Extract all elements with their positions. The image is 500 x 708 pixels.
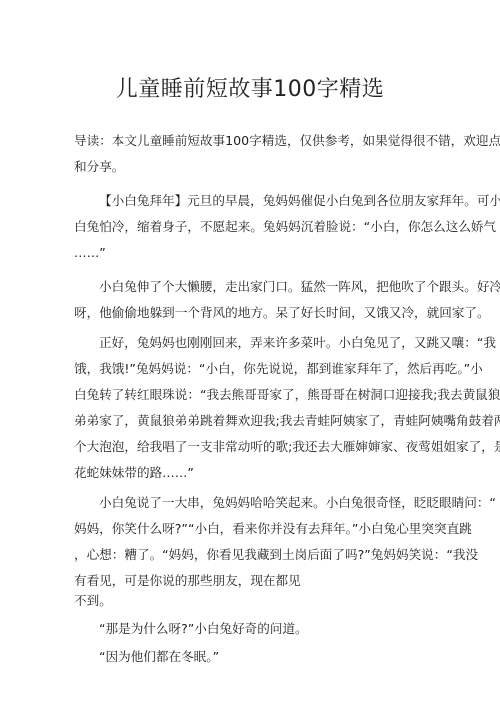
text-line: “因为他们都在冬眠。” [74,644,426,670]
text-line: 呀，他偷偷地躲到一个背风的地方。呆了好长时间，又饿又冷，就回家了。 [74,300,426,326]
story-paragraph-3: 正好，兔妈妈也刚刚回来，弄来许多菜叶。小白兔见了，又跳又嚷：“我 饿，我饿!”兔… [74,330,426,486]
text-line: 小白兔说了一大串，兔妈妈哈哈笑起来。小白兔很奇怪，眨眨眼睛问：“ [74,490,426,516]
text-line: ……” [74,240,426,266]
intro-paragraph: 导读：本文儿童睡前短故事100字精选，仅供参考，如果觉得很不错，欢迎点评 和分享… [74,128,426,180]
document-body: 导读：本文儿童睡前短故事100字精选，仅供参考，如果觉得很不错，欢迎点评 和分享… [74,128,426,670]
text-line: 【小白兔拜年】元旦的早晨，兔妈妈催促小白兔到各位朋友家拜年。可小 [74,188,426,214]
story-paragraph-2: 小白兔伸了个大懒腰，走出家门口。猛然一阵风，把他吹了个跟头。好冷 呀，他偷偷地躲… [74,274,426,326]
text-line: 正好，兔妈妈也刚刚回来，弄来许多菜叶。小白兔见了，又跳又嚷：“我 [74,330,426,356]
story-paragraph-1: 【小白兔拜年】元旦的早晨，兔妈妈催促小白兔到各位朋友家拜年。可小 白兔怕冷，缩着… [74,188,426,266]
story-paragraph-5: “那是为什么呀?”小白兔好奇的问道。 [74,616,426,642]
text-line: 白兔转了转红眼珠说：“我去熊哥哥家了，熊哥哥在树洞口迎接我;我去黄鼠狼 [74,382,426,408]
text-line: 小白兔伸了个大懒腰，走出家门口。猛然一阵风，把他吹了个跟头。好冷 [74,274,426,300]
document-page: 儿童睡前短故事100字精选 导读：本文儿童睡前短故事100字精选，仅供参考，如果… [0,0,500,708]
text-line: 妈妈，你笑什么呀?”“小白，看来你并没有去拜年。”小白兔心里突突直跳 [74,516,426,542]
document-title: 儿童睡前短故事100字精选 [0,72,500,103]
text-line: 花蛇妹妹带的路……” [74,460,426,486]
story-paragraph-4: 小白兔说了一大串，兔妈妈哈哈笑起来。小白兔很奇怪，眨眨眼睛问：“ 妈妈，你笑什么… [74,490,426,610]
text-line: 弟弟家了，黄鼠狼弟弟跳着舞欢迎我;我去青蛙阿姨家了，青蛙阿姨嘴角鼓着两 [74,408,426,434]
text-line: 饿，我饿!”兔妈妈说：“小白，你先说说，都到谁家拜年了，然后再吃。”小 [74,356,426,382]
text-line: 个大泡泡，给我唱了一支非常动听的歌;我还去大雁婶婶家、夜莺姐姐家了，是 [74,434,426,460]
text-line: 和分享。 [74,154,426,180]
text-line: “那是为什么呀?”小白兔好奇的问道。 [74,616,426,642]
story-paragraph-6: “因为他们都在冬眠。” [74,644,426,670]
text-line: ，心想：糟了。“妈妈，你看见我藏到土岗后面了吗?”兔妈妈笑说：“我没 [74,542,426,568]
text-line: 白兔怕冷，缩着身子，不愿起来。兔妈妈沉着脸说：“小白，你怎么这么娇气 [74,214,426,240]
text-line: 导读：本文儿童睡前短故事100字精选，仅供参考，如果觉得很不错，欢迎点评 [74,128,426,154]
